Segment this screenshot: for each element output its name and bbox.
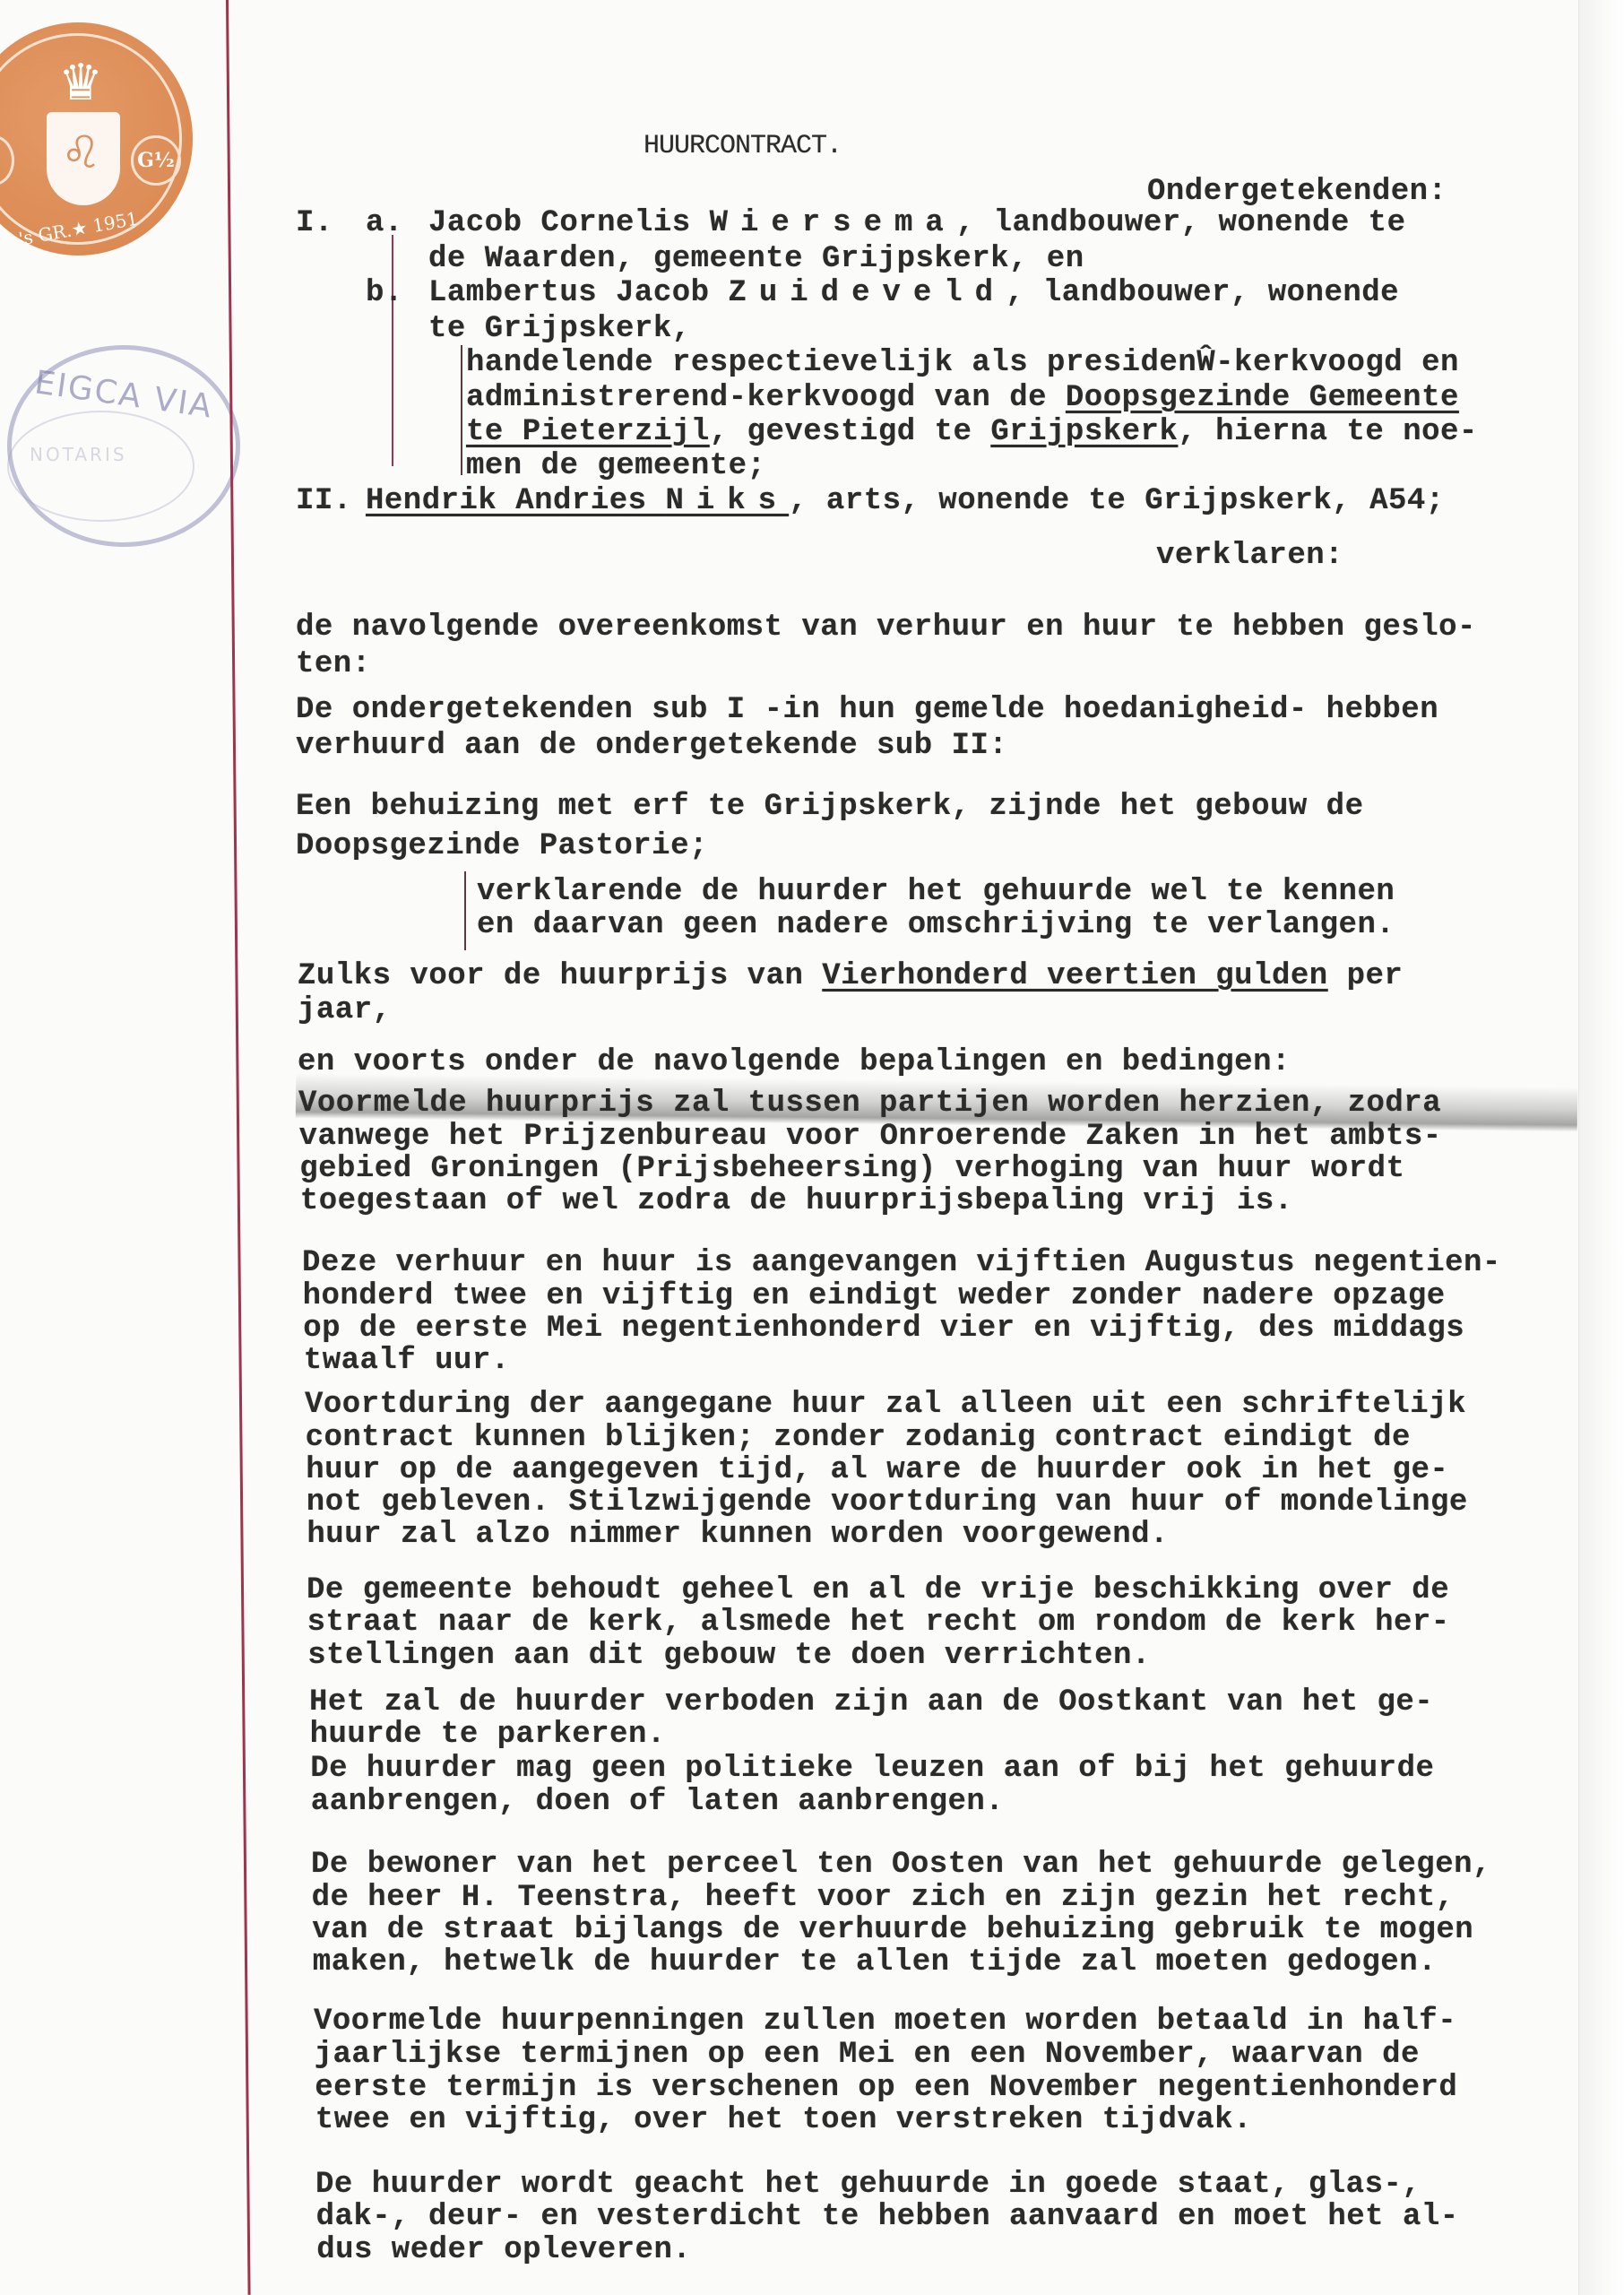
clause-line: op de eerste Mei negentienhonderd vier e… (303, 1313, 1464, 1344)
party-1b-line1: Lambertus Jacob Zuideveld, landbouwer, w… (428, 278, 1399, 308)
clause-line: De huurder mag geen politieke leuzen aan… (310, 1754, 1434, 1784)
capacity-line-2-pre: administrerend-kerkvoogd van de (466, 381, 1066, 415)
notary-stamp: EIGCA VIA NOTARIS (7, 345, 240, 547)
paragraph-line: verklarende de huurder het gehuurde wel … (477, 877, 1395, 907)
clause-line: Deze verhuur en huur is aangevangen vijf… (302, 1248, 1501, 1278)
clause-line: straat naar de kerk, alsmede het recht o… (307, 1607, 1450, 1638)
capacity-line-3-post: , hierna te noe- (1178, 415, 1477, 449)
paragraph-line: en daarvan geen nadere omschrijving te v… (477, 910, 1395, 940)
clause-line: stellingen aan dit gebouw te doen verric… (307, 1641, 1151, 1671)
clause-line: toegestaan of wel zodra de huurprijsbepa… (300, 1186, 1293, 1217)
notary-stamp-inner-ring (7, 411, 194, 522)
clause-line: De huurder wordt geacht het gehuurde in … (315, 2169, 1421, 2200)
clause-line: contract kunnen blijken; zonder zodanig … (306, 1423, 1411, 1453)
party-bracket-line (392, 235, 393, 466)
stamp-value: G½ (131, 135, 181, 186)
party-1a-line1: Jacob Cornelis Wiersema, landbouwer, won… (428, 208, 1405, 238)
clause-line: huur zal alzo nimmer kunnen worden voorg… (307, 1520, 1169, 1550)
congregation-place: te Pieterzijl (466, 415, 710, 449)
clause-line: honderd twee en vijftig en eindigt weder… (303, 1281, 1446, 1312)
paragraph-line: De ondergetekenden sub I -in hun gemelde… (296, 695, 1438, 725)
capacity-line-2: administrerend-kerkvoogd van de Doopsgez… (466, 383, 1459, 413)
crown-icon: ♛ (58, 54, 103, 112)
paragraph-line: Een behuizing met erf te Grijpskerk, zij… (296, 792, 1364, 822)
clause-line: de heer H. Teenstra, heeft voor zich en … (312, 1883, 1455, 1913)
paragraph-line: Doopsgezinde Pastorie; (296, 831, 708, 862)
price-line-2: jaar, (298, 995, 392, 1026)
description-bracket-line (464, 871, 466, 950)
capacity-line-3-mid: , gevestigd te (710, 415, 991, 449)
party-1b-surname: Zuideveld (728, 276, 1006, 310)
document-title: HUURCONTRACT. (644, 133, 842, 160)
clause-line: Het zal de huurder verboden zijn aan de … (309, 1687, 1433, 1718)
price-line: Zulks voor de huurprijs van Vierhonderd … (298, 961, 1403, 992)
clause-line: van de straat bijlangs de verhuurde behu… (312, 1915, 1473, 1945)
lion-shield-icon: ♌ (47, 112, 120, 205)
seat-place: Grijpskerk (990, 415, 1178, 449)
party-2-surname: Niks (665, 484, 789, 518)
party-1a-rest: , landbouwer, wonende te (956, 206, 1406, 240)
price-pre: Zulks voor de huurprijs van (298, 959, 822, 993)
clause-line: vanwege het Prijzenbureau voor Onroerend… (299, 1122, 1442, 1152)
clause-line: twee en vijftig, over het toen verstreke… (315, 2105, 1252, 2135)
clause-line: not gebleven. Stilzwijgende voortduring … (307, 1487, 1468, 1518)
clause-line: twaalf uur. (304, 1346, 510, 1376)
clause-line: dus weder opleveren. (316, 2235, 691, 2265)
intro-label: Ondergetekenden: (1147, 177, 1447, 207)
congregation-name: Doopsgezinde Gemeente (1066, 381, 1459, 415)
clause-line: maken, hetwelk de huurder te allen tijde… (313, 1947, 1437, 1978)
clause-line: Voormelde huurprijs zal tussen partijen … (298, 1088, 1441, 1119)
party-1b-line2: te Grijpskerk, (428, 314, 691, 344)
party-1b-rest: , landbouwer, wonende (1006, 276, 1399, 310)
party-1b-marker: b. (366, 278, 403, 308)
party-1a-name: Jacob Cornelis (428, 206, 710, 240)
capacity-bracket-line (461, 345, 462, 475)
clause-line: Voortduring der aangegane huur zal allee… (305, 1390, 1466, 1420)
party-1a-surname: Wiersema (710, 206, 956, 240)
capacity-line-4: men de gemeente; (466, 451, 765, 481)
clauses-intro: en voorts onder de navolgende bepalingen… (298, 1047, 1291, 1078)
party-2-line: Hendrik Andries Niks, arts, wonende te G… (366, 486, 1445, 516)
party-2-number: II. (296, 486, 352, 516)
declare-label: verklaren: (1156, 541, 1343, 571)
paper-edge (1578, 0, 1624, 2295)
notary-stamp-subtext: NOTARIS (30, 444, 127, 465)
party-2-name: Hendrik Andries (366, 484, 665, 518)
clause-line: huur op de aangegeven tijd, al ware de h… (306, 1455, 1448, 1485)
clause-line: gebied Groningen (Prijsbeheersing) verho… (299, 1154, 1404, 1184)
paragraph-line: ten: (296, 649, 371, 680)
party-2-rest: , arts, wonende te Grijpskerk, A54; (789, 484, 1445, 518)
clause-line: eerste termijn is verschenen op een Nove… (315, 2073, 1457, 2103)
clause-line: De gemeente behoudt geheel en al de vrij… (307, 1575, 1449, 1606)
price-post: per (1328, 959, 1404, 993)
paragraph-line: verhuurd aan de ondergetekende sub II: (296, 731, 1007, 761)
party-1b-name: Lambertus Jacob (428, 276, 728, 310)
party-1-number: I. (296, 208, 333, 238)
clause-line: aanbrengen, doen of laten aanbrengen. (311, 1787, 1004, 1817)
clause-line: Voormelde huurpenningen zullen moeten wo… (314, 2006, 1456, 2037)
party-1a-marker: a. (366, 208, 403, 238)
rent-amount: Vierhonderd veertien gulden (822, 959, 1327, 993)
margin-line (226, 0, 251, 2295)
clause-line: jaarlijkse termijnen op een Mei en een N… (315, 2040, 1420, 2070)
party-1a-line2: de Waarden, gemeente Grijpskerk, en (428, 244, 1084, 274)
clause-line: huurde te parkeren. (310, 1719, 666, 1750)
clause-line: dak-, deur- en vesterdicht te hebben aan… (316, 2202, 1459, 2232)
paragraph-line: de navolgende overeenkomst van verhuur e… (296, 612, 1476, 643)
revenue-stamp: ♛ ♌ G½ 's GR.★ 1951 (0, 22, 193, 255)
capacity-line-1: handelende respectievelijk als presidenŴ… (466, 348, 1459, 378)
capacity-line-3: te Pieterzijl, gevestigd te Grijpskerk, … (466, 417, 1478, 447)
clause-line: De bewoner van het perceel ten Oosten va… (311, 1849, 1491, 1880)
